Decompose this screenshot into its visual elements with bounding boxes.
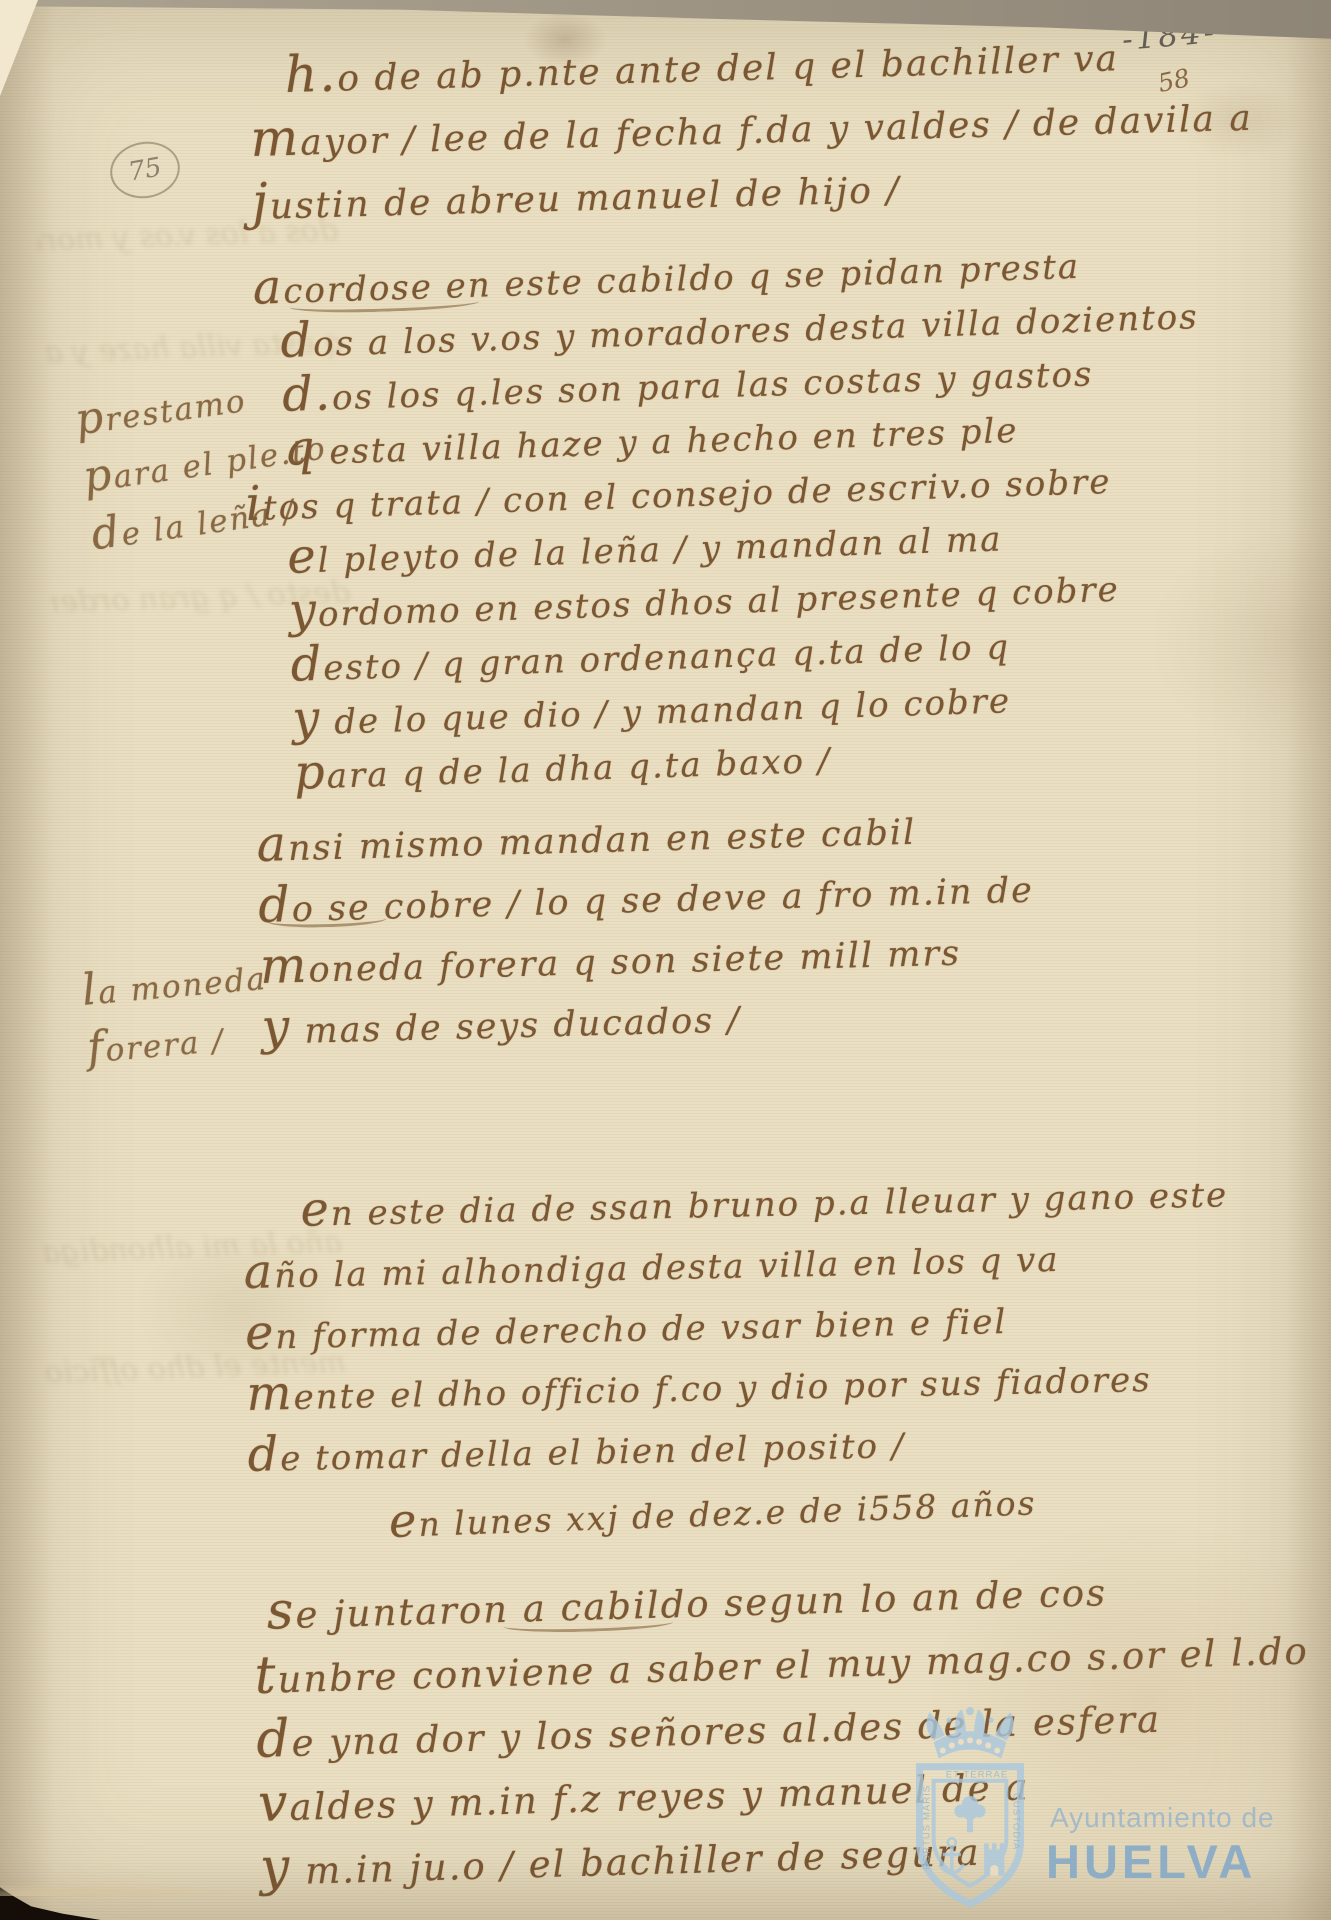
paragraph-prestamo: acordose en este cabildo q se pidan pres… [278,231,1213,800]
paragraph-moneda-forera: ansi mismo mandan en este cabil do se co… [256,796,1038,1060]
manuscript-scan: dos a los v.os y moradores desta villa d… [0,0,1331,1920]
paragraph-alhondiga: en este dia de ssan bruno p.a lleuar y g… [242,1163,1234,1489]
circled-inventory-number: 75 [106,136,185,203]
adjacent-page-corner [0,0,71,110]
paragraph-opening: h.o de ab p.nte ante del q el bachiller … [248,20,1255,235]
margin-note-moneda-forera: la moneda forera / [80,950,274,1082]
circled-number-text: 75 [126,152,164,187]
paragraph-cabildo-meeting: se juntaron a cabildo segun lo an de cos… [252,1553,1315,1902]
paper-bottom-edge [0,1878,260,1896]
